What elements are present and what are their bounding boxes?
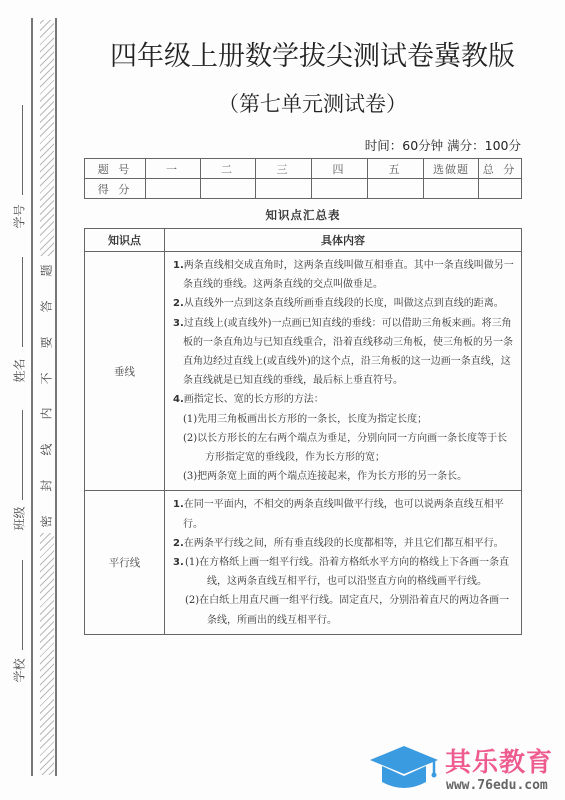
content-item: 4.画指定长、宽的长方形的方法：: [173, 390, 515, 409]
margin-hatch-top: [40, 20, 54, 256]
summary-row-perpendicular: 垂线 1.两条直线相交成直角时，这两条直线叫做互相垂直。其中一条直线叫做另一条直…: [85, 252, 522, 491]
seal-char: 答: [38, 297, 55, 317]
item-number: 4.: [173, 394, 184, 405]
score-header-cell: 二: [201, 159, 256, 179]
score-cell[interactable]: [312, 179, 368, 199]
item-number: 3.: [173, 318, 184, 329]
score-header-cell: 题 号: [85, 159, 146, 179]
school-field[interactable]: [22, 560, 23, 650]
summary-title: 知识点汇总表: [84, 207, 522, 223]
sub-item: (3)把两条宽上面的两个端点连接起来，作为长方形的另一条长。: [183, 467, 515, 486]
content-item: 1.两条直线相交成直角时，这两条直线叫做互相垂直。其中一条直线叫做另一条直线的垂…: [173, 256, 515, 294]
sub-items: (1)在方格纸上画一组平行线。沿着方格纸水平方向的格线上下各画一条直线，这两条直…: [185, 553, 515, 630]
sub-item: (2)在白纸上用直尺画一组平行线。固定直尺，分别沿着直尺的两边各画一条线，所画出…: [185, 591, 515, 629]
summary-row-parallel: 平行线 1.在同一平面内，不相交的两条直线叫做平行线，也可以说两条直线互相平行。…: [85, 491, 522, 634]
item-number: 3.: [173, 553, 185, 630]
margin-right-rule: [55, 18, 57, 776]
score-cell[interactable]: [479, 179, 522, 199]
class-field[interactable]: [22, 410, 23, 500]
student-id-label: 学号: [11, 202, 28, 232]
topic-cell: 平行线: [85, 491, 165, 634]
knowledge-summary-table: 知识点 具体内容 垂线 1.两条直线相交成直角时，这两条直线叫做互相垂直。其中一…: [84, 228, 522, 635]
content-cell: 1.两条直线相交成直角时，这两条直线叫做互相垂直。其中一条直线叫做另一条直线的垂…: [165, 252, 522, 491]
score-table-header-row: 题 号 一 二 三 四 五 选做题 总 分: [85, 159, 522, 179]
score-header-cell: 五: [368, 159, 424, 179]
item-number: 2.: [173, 298, 184, 309]
score-header-cell: 选做题: [424, 159, 479, 179]
page-title: 四年级上册数学拔尖测试卷冀教版: [60, 34, 565, 73]
item-text: 在同一平面内，不相交的两条直线叫做平行线，也可以说两条直线互相平行。: [183, 499, 504, 529]
seal-char: 不: [38, 369, 55, 389]
item-text: 过直线上(或直线外)一点画已知直线的垂线：可以借助三角板来画。将三角板的一条直角…: [183, 318, 513, 387]
content-item: 2.从直线外一点到这条直线所画垂直线段的长度，叫做这点到直线的距离。: [173, 294, 515, 313]
seal-char: 内: [38, 404, 55, 424]
seal-char: 线: [38, 440, 55, 460]
student-id-field[interactable]: [22, 105, 23, 195]
column-header-content: 具体内容: [165, 229, 522, 252]
seal-char: 封: [38, 476, 55, 496]
brand-url: www.76edu.com: [446, 778, 548, 793]
content-item: 1.在同一平面内，不相交的两条直线叫做平行线，也可以说两条直线互相平行。: [173, 495, 515, 533]
school-label: 学校: [11, 656, 28, 686]
score-cell[interactable]: [201, 179, 256, 199]
score-table: 题 号 一 二 三 四 五 选做题 总 分 得 分: [84, 158, 522, 199]
column-header-topic: 知识点: [85, 229, 165, 252]
margin-left-rule: [31, 18, 33, 776]
score-cell[interactable]: [424, 179, 479, 199]
score-row-label: 得 分: [85, 179, 146, 199]
item-text: 画指定长、宽的长方形的方法：: [184, 394, 324, 405]
score-header-cell: 四: [312, 159, 368, 179]
topic-cell: 垂线: [85, 252, 165, 491]
content-item: 3.过直线上(或直线外)一点画已知直线的垂线：可以借助三角板来画。将三角板的一条…: [173, 314, 515, 391]
content-item: 3. (1)在方格纸上画一组平行线。沿着方格纸水平方向的格线上下各画一条直线，这…: [173, 553, 515, 630]
item-number: 1.: [173, 260, 184, 271]
score-cell[interactable]: [146, 179, 201, 199]
score-cell[interactable]: [368, 179, 424, 199]
content-item: 2.在两条平行线之间，所有垂直线段的长度都相等，并且它们都互相平行。: [173, 534, 515, 553]
score-cell[interactable]: [256, 179, 312, 199]
item-number: 2.: [173, 538, 184, 549]
brand-name: 其乐教育: [445, 742, 553, 779]
score-table-score-row: 得 分: [85, 179, 522, 199]
watermark-logo: 其乐教育 www.76edu.com: [368, 738, 565, 798]
sub-item: (2)以长方形长的左右两个端点为垂足，分别向同一方向画一条长度等于长方形指定宽的…: [183, 429, 515, 467]
name-field[interactable]: [22, 257, 23, 347]
score-header-cell: 总 分: [479, 159, 522, 179]
score-header-cell: 三: [256, 159, 312, 179]
item-text: 在两条平行线之间，所有垂直线段的长度都相等，并且它们都互相平行。: [184, 538, 504, 549]
item-text: 从直线外一点到这条直线所画垂直线段的长度，叫做这点到直线的距离。: [184, 298, 504, 309]
sub-items: (1)先用三角板画出长方形的一条长，长度为指定长度； (2)以长方形长的左右两个…: [173, 410, 515, 487]
score-header-cell: 一: [146, 159, 201, 179]
sub-item: (1)先用三角板画出长方形的一条长，长度为指定长度；: [183, 410, 515, 429]
seal-char: 密: [38, 512, 55, 532]
seal-char: 题: [38, 261, 55, 281]
time-and-full-score: 时间：60分钟 满分：100分: [365, 136, 521, 154]
margin-hatch-bottom: [40, 533, 54, 775]
summary-header-row: 知识点 具体内容: [85, 229, 522, 252]
name-label: 姓名: [11, 356, 28, 386]
item-number: 1.: [173, 499, 184, 510]
item-text: 两条直线相交成直角时，这两条直线叫做互相垂直。其中一条直线叫做另一条直线的垂线。…: [183, 260, 514, 290]
sub-item: (1)在方格纸上画一组平行线。沿着方格纸水平方向的格线上下各画一条直线，这两条直…: [185, 553, 515, 591]
page-subtitle: （第七单元测试卷）: [60, 88, 565, 118]
content-cell: 1.在同一平面内，不相交的两条直线叫做平行线，也可以说两条直线互相平行。 2.在…: [165, 491, 522, 634]
class-label: 班级: [11, 504, 28, 534]
graduation-cap-icon: [368, 742, 442, 794]
seal-char: 要: [38, 333, 55, 353]
